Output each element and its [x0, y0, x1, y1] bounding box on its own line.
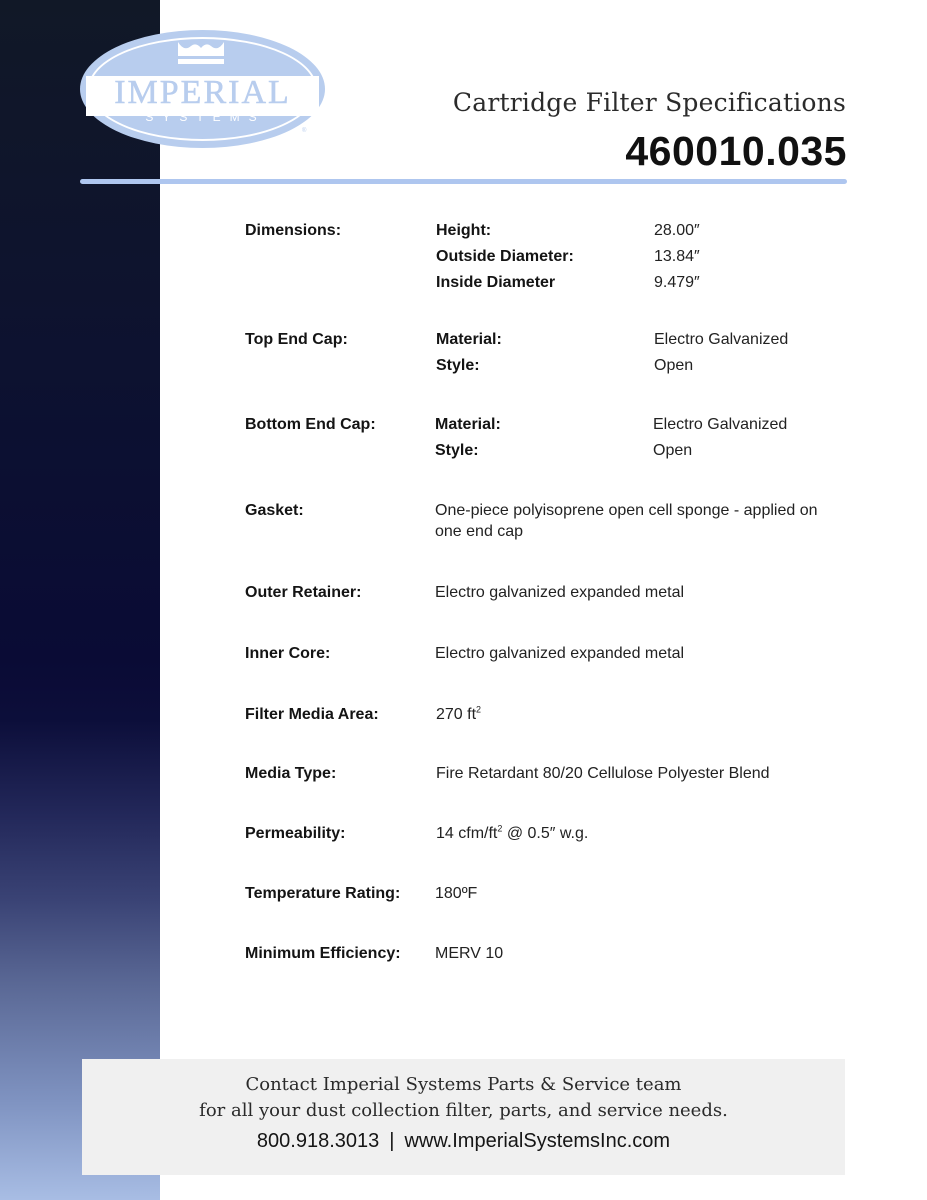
phone-number[interactable]: 800.918.3013 — [257, 1130, 379, 1152]
spec-label: Top End Cap: — [245, 327, 348, 353]
spec-sub-label: Inside Diameter — [436, 270, 555, 296]
contact-footer: Contact Imperial Systems Parts & Service… — [82, 1059, 845, 1175]
spec-value: MERV 10 — [435, 943, 845, 964]
spec-sub-label: Style: — [436, 353, 480, 379]
spec-label: Dimensions: — [245, 218, 341, 244]
spec-value: 14 cfm/ft2 @ 0.5″ w.g. — [436, 823, 846, 844]
spec-value: Electro Galvanized — [653, 412, 787, 438]
imperial-systems-logo: IMPERIAL SYSTEMS — [80, 30, 325, 148]
spec-label: Filter Media Area: — [245, 702, 379, 728]
spec-value: Fire Retardant 80/20 Cellulose Polyester… — [436, 763, 846, 784]
spec-value: 180ºF — [435, 883, 845, 904]
spec-value: 9.479″ — [654, 270, 700, 296]
spec-value: Electro galvanized expanded metal — [435, 582, 845, 603]
spec-sub-label: Outside Diameter: — [436, 244, 574, 270]
footer-contact-line: 800.918.3013|www.ImperialSystemsInc.com — [82, 1130, 845, 1153]
logo-subtext: SYSTEMS — [80, 110, 325, 124]
spec-sub-label: Material: — [435, 412, 501, 438]
spec-sub-label: Height: — [436, 218, 491, 244]
spec-label: Media Type: — [245, 761, 336, 787]
footer-line-1: Contact Imperial Systems Parts & Service… — [82, 1072, 845, 1098]
spec-value: 270 ft2 — [436, 704, 846, 725]
spec-label: Inner Core: — [245, 641, 330, 667]
spec-label: Minimum Efficiency: — [245, 941, 401, 967]
spec-value: Electro Galvanized — [654, 327, 788, 353]
spec-label: Bottom End Cap: — [245, 412, 376, 438]
spec-label: Outer Retainer: — [245, 580, 361, 606]
permeability-condition: @ 0.5″ w.g. — [502, 825, 588, 842]
crown-icon — [176, 40, 226, 66]
footer-line-2: for all your dust collection filter, par… — [82, 1098, 845, 1124]
spec-value: 13.84″ — [654, 244, 700, 270]
spec-value: Electro galvanized expanded metal — [435, 643, 845, 664]
spec-value: One-piece polyisoprene open cell sponge … — [435, 500, 845, 542]
part-number-title: 460010.035 — [625, 128, 847, 175]
spec-value: Open — [653, 438, 692, 464]
document-subtitle: Cartridge Filter Specifications — [453, 88, 846, 117]
spec-sub-label: Style: — [435, 438, 479, 464]
header-divider — [80, 179, 847, 184]
website-link[interactable]: www.ImperialSystemsInc.com — [404, 1130, 670, 1152]
area-unit-exponent: 2 — [476, 705, 481, 715]
spec-label: Temperature Rating: — [245, 881, 400, 907]
spec-label: Gasket: — [245, 498, 304, 524]
spec-label: Permeability: — [245, 821, 345, 847]
separator: | — [389, 1130, 394, 1152]
spec-value: Open — [654, 353, 693, 379]
spec-sub-label: Material: — [436, 327, 502, 353]
logo-wordmark: IMPERIAL — [80, 74, 325, 112]
registered-mark: ® — [302, 128, 306, 134]
permeability-value: 14 cfm/ft — [436, 825, 497, 842]
spec-value: 28.00″ — [654, 218, 700, 244]
area-value: 270 ft — [436, 706, 476, 723]
